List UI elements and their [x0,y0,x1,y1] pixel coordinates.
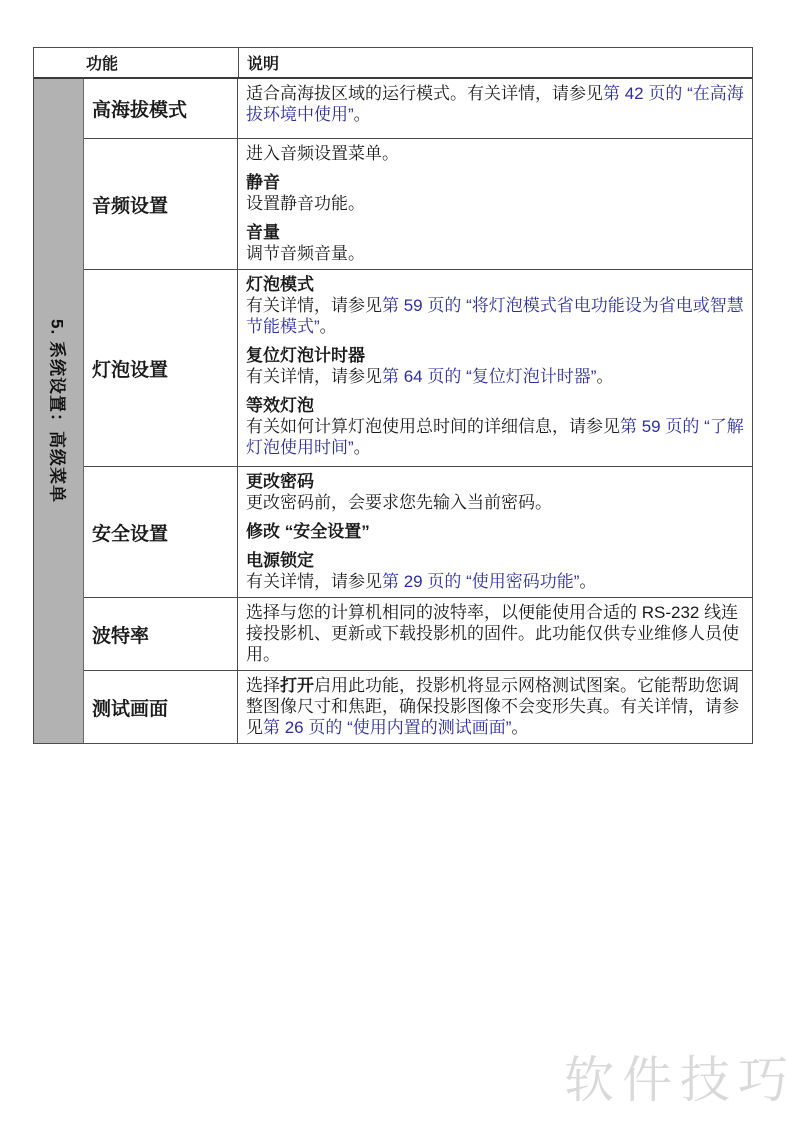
description-paragraph: 等效灯泡 [246,395,744,416]
description-paragraph: 更改密码 [246,471,744,492]
header-cell-function: 功能 [34,48,239,77]
description-paragraph: 选择打开启用此功能，投影机将显示网格测试图案。它能帮助您调整图像尺寸和焦距，确保… [246,675,744,738]
description-paragraph: 有关如何计算灯泡使用总时间的详细信息，请参见第 59 页的 “了解灯泡使用时间”… [246,416,744,458]
description-paragraph: 灯泡模式 [246,274,744,295]
header-cell-description: 说明 [239,48,752,77]
description-paragraph: 音量 [246,222,744,243]
text-run: 有关详情，请参见 [246,367,382,386]
table-header-row: 功能 说明 [34,48,752,79]
description-paragraph: 复位灯泡计时器 [246,345,744,366]
description-paragraph: 修改 “安全设置” [246,521,744,542]
description-cell: 更改密码更改密码前，会要求您先输入当前密码。修改 “安全设置”电源锁定有关详情，… [238,467,752,597]
description-paragraph: 选择与您的计算机相同的波特率，以便能使用合适的 RS-232 线连接投影机、更新… [246,602,744,665]
text-run: 。 [511,718,528,737]
text-run: 适合高海拔区域的运行模式。有关详情，请参见 [246,84,603,103]
page-ref-link[interactable]: 第 26 页的 “使用内置的测试画面” [263,718,511,737]
text-run: 。 [596,367,613,386]
function-cell: 波特率 [84,598,238,670]
section-label-vertical: 5. 系统设置：高级菜单 [46,319,71,503]
bold-text-run: 音量 [246,223,280,242]
page-ref-link[interactable]: 第 64 页的 “复位灯泡计时器” [382,367,596,386]
description-paragraph: 设置静音功能。 [246,193,744,214]
table-row: 测试画面选择打开启用此功能，投影机将显示网格测试图案。它能帮助您调整图像尺寸和焦… [84,671,752,743]
table-row: 音频设置进入音频设置菜单。静音设置静音功能。音量调节音频音量。 [84,139,752,270]
description-paragraph: 更改密码前，会要求您先输入当前密码。 [246,492,744,513]
description-paragraph: 进入音频设置菜单。 [246,143,744,164]
table-row: 灯泡设置灯泡模式有关详情，请参见第 59 页的 “将灯泡模式省电功能设为省电或智… [84,270,752,467]
page-ref-link[interactable]: 第 29 页的 “使用密码功能” [382,572,579,591]
text-run: 。 [320,317,337,336]
function-cell: 测试画面 [84,671,238,743]
description-paragraph: 有关详情，请参见第 59 页的 “将灯泡模式省电功能设为省电或智慧节能模式”。 [246,295,744,337]
description-cell: 选择打开启用此功能，投影机将显示网格测试图案。它能帮助您调整图像尺寸和焦距，确保… [238,671,752,743]
description-paragraph: 有关详情，请参见第 64 页的 “复位灯泡计时器”。 [246,366,744,387]
bold-text-run: 更改密码 [246,472,314,491]
bold-text-run: 等效灯泡 [246,396,314,415]
text-run: 设置静音功能。 [246,194,365,213]
text-run: 。 [354,438,371,457]
bold-text-run: 电源锁定 [246,551,314,570]
description-cell: 选择与您的计算机相同的波特率，以便能使用合适的 RS-232 线连接投影机、更新… [238,598,752,670]
text-run: 。 [579,572,596,591]
bold-text-run: 复位灯泡计时器 [246,346,365,365]
text-run: 。 [354,105,371,124]
text-run: 更改密码前，会要求您先输入当前密码。 [246,493,552,512]
table-body: 5. 系统设置：高级菜单 高海拔模式适合高海拔区域的运行模式。有关详情，请参见第… [34,79,752,743]
description-paragraph: 有关详情，请参见第 29 页的 “使用密码功能”。 [246,571,744,592]
bold-text-run: 打开 [280,676,314,695]
table-row: 波特率选择与您的计算机相同的波特率，以便能使用合适的 RS-232 线连接投影机… [84,598,752,671]
function-cell: 高海拔模式 [84,79,238,138]
description-paragraph: 电源锁定 [246,550,744,571]
description-paragraph: 调节音频音量。 [246,243,744,264]
description-paragraph: 适合高海拔区域的运行模式。有关详情，请参见第 42 页的 “在高海拔环境中使用”… [246,83,744,125]
text-run: 选择 [246,676,280,695]
text-run: 调节音频音量。 [246,244,365,263]
table-row: 高海拔模式适合高海拔区域的运行模式。有关详情，请参见第 42 页的 “在高海拔环… [84,79,752,139]
watermark: 软件技巧 [564,1040,796,1112]
text-run: 有关详情，请参见 [246,572,382,591]
function-cell: 灯泡设置 [84,270,238,466]
description-cell: 进入音频设置菜单。静音设置静音功能。音量调节音频音量。 [238,139,752,269]
function-cell: 安全设置 [84,467,238,597]
text-run: 有关详情，请参见 [246,296,382,315]
text-run: 进入音频设置菜单。 [246,144,399,163]
description-cell: 灯泡模式有关详情，请参见第 59 页的 “将灯泡模式省电功能设为省电或智慧节能模… [238,270,752,466]
description-cell: 适合高海拔区域的运行模式。有关详情，请参见第 42 页的 “在高海拔环境中使用”… [238,79,752,138]
settings-table: 功能 说明 5. 系统设置：高级菜单 高海拔模式适合高海拔区域的运行模式。有关详… [33,47,753,744]
bold-text-run: 灯泡模式 [246,275,314,294]
description-paragraph: 静音 [246,172,744,193]
function-cell: 音频设置 [84,139,238,269]
section-sidebar: 5. 系统设置：高级菜单 [34,79,84,743]
text-run: 有关如何计算灯泡使用总时间的详细信息，请参见 [246,417,620,436]
text-run: 选择与您的计算机相同的波特率，以便能使用合适的 RS-232 线连接投影机、更新… [246,603,739,664]
bold-text-run: 修改 “安全设置” [246,522,370,541]
table-rows: 高海拔模式适合高海拔区域的运行模式。有关详情，请参见第 42 页的 “在高海拔环… [84,79,752,743]
table-row: 安全设置更改密码更改密码前，会要求您先输入当前密码。修改 “安全设置”电源锁定有… [84,467,752,598]
bold-text-run: 静音 [246,173,280,192]
